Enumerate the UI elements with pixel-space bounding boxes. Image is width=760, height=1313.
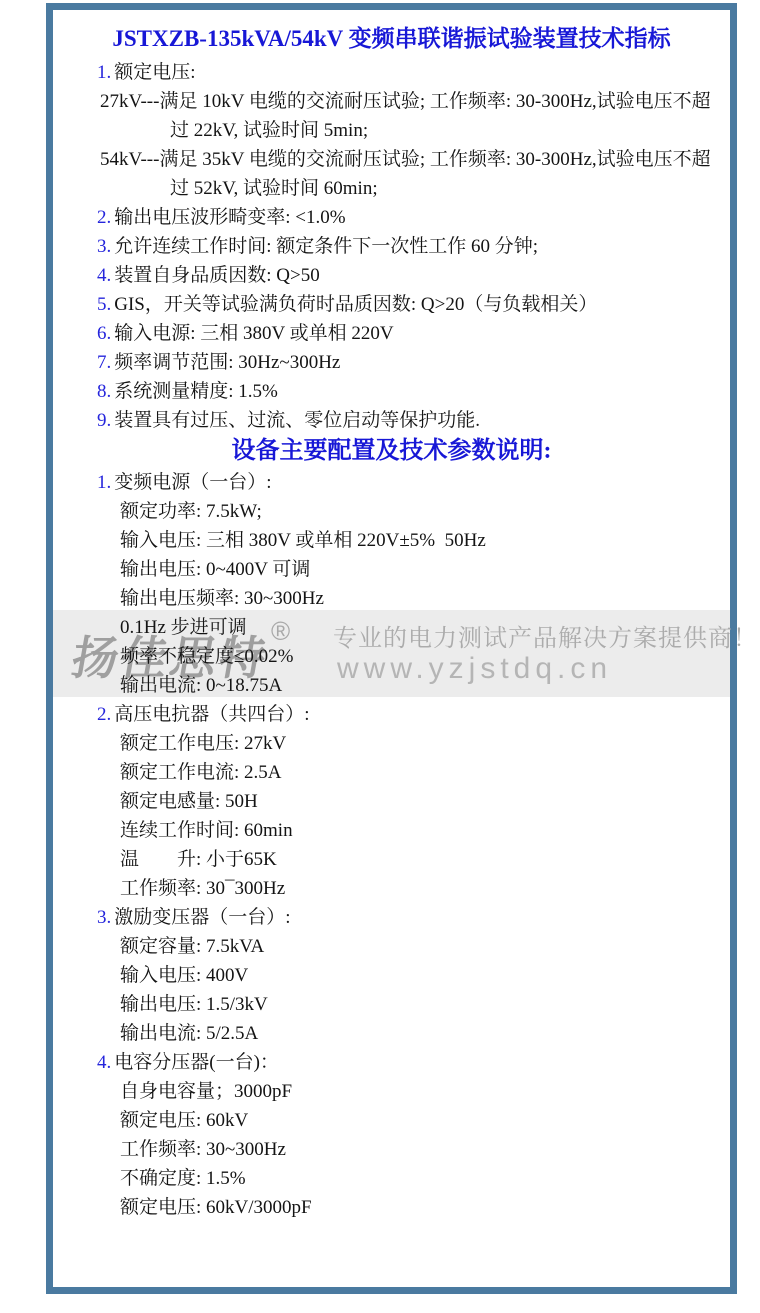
line-text: 输出电压频率: 30~300Hz <box>120 588 324 609</box>
spec-line: 输出电流: 5/2.5A <box>53 1019 730 1048</box>
spec-line: 频率不稳定度≤0.02% <box>53 642 730 671</box>
line-number: 2. <box>97 207 111 228</box>
line-text: 额定电压: <box>114 62 195 83</box>
spec-line: 7.频率调节范围: 30Hz~300Hz <box>53 348 730 377</box>
spec-line: 额定容量: 7.5kVA <box>53 932 730 961</box>
line-text: 输出电压: 0~400V 可调 <box>120 559 310 580</box>
spec-line: 6.输入电源: 三相 380V 或单相 220V <box>53 319 730 348</box>
spec-line: 9.装置具有过压、过流、零位启动等保护功能. <box>53 406 730 435</box>
line-number: 1. <box>97 472 111 493</box>
line-text: 额定电压: 60kV/3000pF <box>120 1197 312 1218</box>
line-text: 输入电源: 三相 380V 或单相 220V <box>114 323 393 344</box>
line-text: 输出电流: 5/2.5A <box>120 1023 258 1044</box>
line-text: 额定电压: 60kV <box>120 1110 248 1131</box>
line-text: 频率调节范围: 30Hz~300Hz <box>114 352 340 373</box>
section2-heading: 设备主要配置及技术参数说明: <box>53 435 730 468</box>
section-equipment-config: 1.变频电源（一台）:额定功率: 7.5kW;输入电压: 三相 380V 或单相… <box>53 468 730 1222</box>
spec-line: 过 22kV, 试验时间 5min; <box>53 116 730 145</box>
spec-line: 0.1Hz 步进可调 <box>53 613 730 642</box>
line-text: 系统测量精度: 1.5% <box>114 381 278 402</box>
line-text: 输入电压: 400V <box>120 965 248 986</box>
spec-line: 额定功率: 7.5kW; <box>53 497 730 526</box>
spec-line: 额定工作电压: 27kV <box>53 729 730 758</box>
line-text: 温 升: 小于65K <box>120 849 277 870</box>
line-number: 8. <box>97 381 111 402</box>
spec-line: 1.额定电压: <box>53 58 730 87</box>
spec-line: 温 升: 小于65K <box>53 845 730 874</box>
line-text: 工作频率: 30¯300Hz <box>120 878 285 899</box>
spec-line: 工作频率: 30¯300Hz <box>53 874 730 903</box>
spec-line: 不确定度: 1.5% <box>53 1164 730 1193</box>
spec-line: 8.系统测量精度: 1.5% <box>53 377 730 406</box>
line-text: 额定工作电流: 2.5A <box>120 762 282 783</box>
line-text: 电容分压器(一台)： <box>114 1052 279 1073</box>
line-text: 装置自身品质因数: Q>50 <box>114 265 319 286</box>
line-text: 频率不稳定度≤0.02% <box>120 646 294 667</box>
line-text: 过 22kV, 试验时间 5min; <box>170 120 368 141</box>
section-technical-specs: 1.额定电压:27kV---满足 10kV 电缆的交流耐压试验; 工作频率: 3… <box>53 58 730 435</box>
spec-line: 3.激励变压器（一台）: <box>53 903 730 932</box>
spec-line: 输出电流: 0~18.75A <box>53 671 730 700</box>
line-text: 高压电抗器（共四台）: <box>114 704 309 725</box>
spec-line: 输出电压: 0~400V 可调 <box>53 555 730 584</box>
line-text: 装置具有过压、过流、零位启动等保护功能. <box>114 410 480 431</box>
spec-line: 额定电压: 60kV <box>53 1106 730 1135</box>
line-text: 允许连续工作时间: 额定条件下一次性工作 60 分钟; <box>114 236 538 257</box>
spec-line: 2.高压电抗器（共四台）: <box>53 700 730 729</box>
line-number: 3. <box>97 236 111 257</box>
spec-line: 额定电感量: 50H <box>53 787 730 816</box>
spec-line: 27kV---满足 10kV 电缆的交流耐压试验; 工作频率: 30-300Hz… <box>53 87 730 116</box>
line-text: 输出电压波形畸变率: <1.0% <box>114 207 345 228</box>
line-text: 激励变压器（一台）: <box>114 907 290 928</box>
line-text: 不确定度: 1.5% <box>120 1168 246 1189</box>
line-text: 连续工作时间: 60min <box>120 820 293 841</box>
line-number: 5. <box>97 294 111 315</box>
spec-line: 自身电容量；3000pF <box>53 1077 730 1106</box>
line-text: 额定电感量: 50H <box>120 791 258 812</box>
line-text: 额定功率: 7.5kW; <box>120 501 262 522</box>
document-content: JSTXZB-135kVA/54kV 变频串联谐振试验装置技术指标 1.额定电压… <box>53 10 730 1287</box>
line-number: 1. <box>97 62 111 83</box>
line-text: GIS，开关等试验满负荷时品质因数: Q>20（与负载相关） <box>114 294 597 315</box>
spec-line: 过 52kV, 试验时间 60min; <box>53 174 730 203</box>
spec-line: 5.GIS，开关等试验满负荷时品质因数: Q>20（与负载相关） <box>53 290 730 319</box>
line-text: 0.1Hz 步进可调 <box>120 617 247 638</box>
line-text: 输入电压: 三相 380V 或单相 220V±5% 50Hz <box>120 530 486 551</box>
spec-line: 3.允许连续工作时间: 额定条件下一次性工作 60 分钟; <box>53 232 730 261</box>
line-number: 9. <box>97 410 111 431</box>
line-text: 工作频率: 30~300Hz <box>120 1139 286 1160</box>
spec-line: 额定工作电流: 2.5A <box>53 758 730 787</box>
page-title: JSTXZB-135kVA/54kV 变频串联谐振试验装置技术指标 <box>53 20 730 58</box>
spec-line: 2.输出电压波形畸变率: <1.0% <box>53 203 730 232</box>
line-text: 变频电源（一台）: <box>114 472 271 493</box>
line-text: 输出电压: 1.5/3kV <box>120 994 268 1015</box>
line-text: 额定容量: 7.5kVA <box>120 936 264 957</box>
line-number: 7. <box>97 352 111 373</box>
spec-document-page: 扬佳思特 ® 专业的电力测试产品解决方案提供商！ www.yzjstdq.cn … <box>0 0 760 1313</box>
spec-line: 工作频率: 30~300Hz <box>53 1135 730 1164</box>
spec-line: 连续工作时间: 60min <box>53 816 730 845</box>
spec-line: 输出电压: 1.5/3kV <box>53 990 730 1019</box>
spec-line: 4.装置自身品质因数: Q>50 <box>53 261 730 290</box>
spec-line: 54kV---满足 35kV 电缆的交流耐压试验; 工作频率: 30-300Hz… <box>53 145 730 174</box>
line-text: 过 52kV, 试验时间 60min; <box>170 178 378 199</box>
line-text: 27kV---满足 10kV 电缆的交流耐压试验; 工作频率: 30-300Hz… <box>100 91 711 112</box>
spec-line: 输入电压: 三相 380V 或单相 220V±5% 50Hz <box>53 526 730 555</box>
line-text: 54kV---满足 35kV 电缆的交流耐压试验; 工作频率: 30-300Hz… <box>100 149 711 170</box>
line-text: 输出电流: 0~18.75A <box>120 675 282 696</box>
spec-line: 输出电压频率: 30~300Hz <box>53 584 730 613</box>
spec-line: 1.变频电源（一台）: <box>53 468 730 497</box>
line-number: 6. <box>97 323 111 344</box>
line-text: 额定工作电压: 27kV <box>120 733 286 754</box>
spec-line: 额定电压: 60kV/3000pF <box>53 1193 730 1222</box>
line-number: 3. <box>97 907 111 928</box>
document-frame: 扬佳思特 ® 专业的电力测试产品解决方案提供商！ www.yzjstdq.cn … <box>46 3 737 1294</box>
spec-line: 输入电压: 400V <box>53 961 730 990</box>
line-number: 4. <box>97 265 111 286</box>
line-number: 4. <box>97 1052 111 1073</box>
spec-line: 4.电容分压器(一台)： <box>53 1048 730 1077</box>
line-text: 自身电容量；3000pF <box>120 1081 292 1102</box>
line-number: 2. <box>97 704 111 725</box>
